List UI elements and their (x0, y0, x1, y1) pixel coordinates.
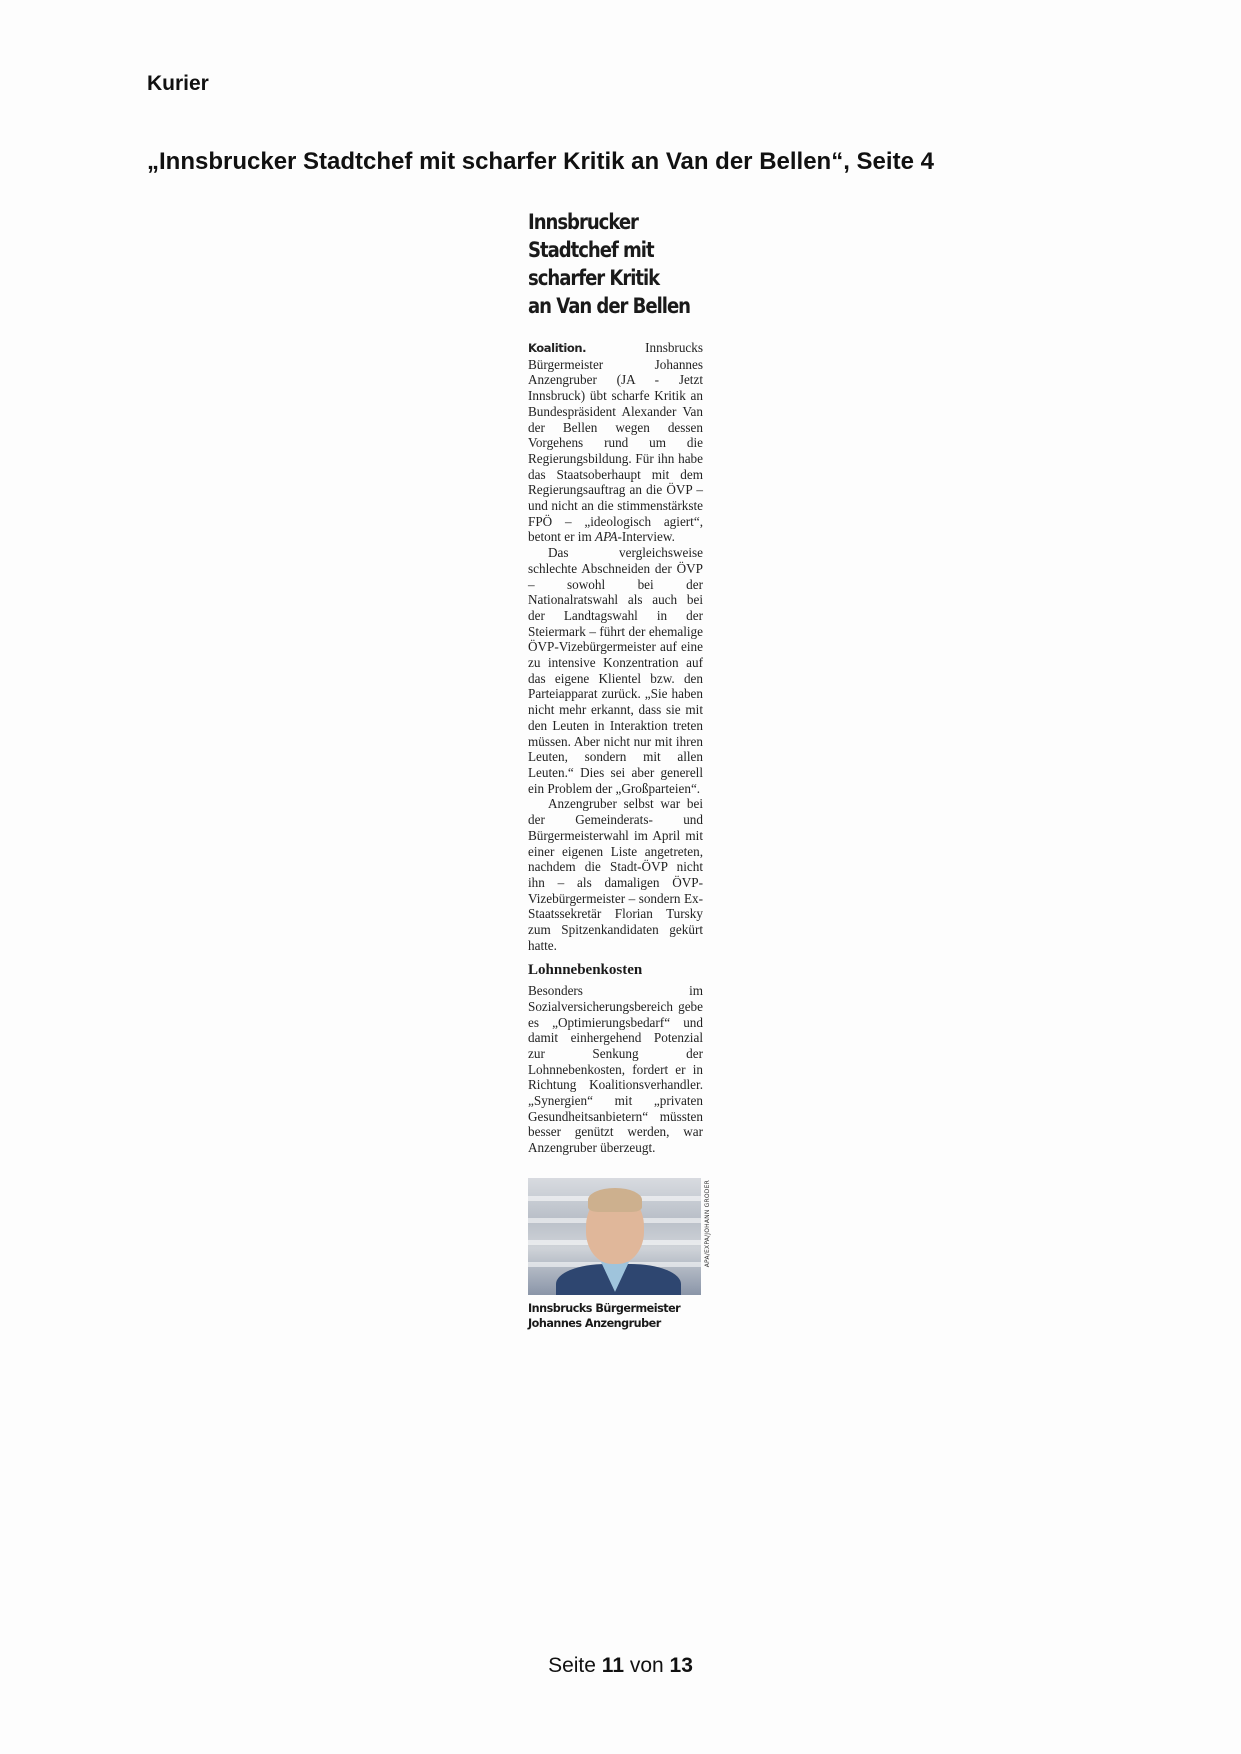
headline-line: Innsbrucker (528, 208, 700, 236)
lead-label: Koalition. (528, 341, 586, 355)
portrait-photo (528, 1178, 701, 1295)
publication-name: Kurier (147, 72, 209, 96)
headline-line: scharfer Kritik (528, 264, 700, 292)
photo-caption: Innsbrucks Bürgermeister Johannes Anzeng… (528, 1301, 703, 1331)
hair-shape (588, 1188, 642, 1212)
headline-line: an Van der Bellen (528, 292, 700, 320)
document-title: „Innsbrucker Stadtchef mit scharfer Krit… (147, 148, 934, 176)
article-headline: Innsbrucker Stadtchef mit scharfer Kriti… (528, 208, 700, 320)
page-footer: Seite 11 von 13 (0, 1654, 1241, 1678)
total-pages: 13 (670, 1654, 693, 1677)
apa-italic: APA (595, 529, 617, 544)
current-page: 11 (602, 1654, 624, 1677)
article-body: Koalition. Innsbrucks Bürgermeister Joha… (528, 340, 703, 1156)
caption-line: Johannes Anzengruber (528, 1316, 703, 1331)
photo-credit: APA/EXPA/JOHANN GRODER (704, 1180, 711, 1267)
article-paragraph: Anzengruber selbst war bei der Gemeinder… (528, 796, 703, 953)
page-separator: von (630, 1654, 664, 1677)
article-paragraph: Besonders im Sozialversicherungsbereich … (528, 983, 703, 1156)
article-subheading: Lohnnebenkosten (528, 963, 703, 979)
article-paragraph: Das vergleichsweise schlechte Abschneide… (528, 545, 703, 796)
headline-line: Stadtchef mit (528, 236, 700, 264)
photo-container: APA/EXPA/JOHANN GRODER (528, 1170, 703, 1295)
page-prefix: Seite (548, 1654, 596, 1677)
interview-suffix: -Interview. (618, 529, 675, 544)
article-paragraph: Koalition. Innsbrucks Bürgermeister Joha… (528, 340, 703, 545)
newspaper-clipping: Innsbrucker Stadtchef mit scharfer Kriti… (528, 208, 703, 1331)
paragraph-text: Innsbrucks Bürgermeister Johannes Anzeng… (528, 340, 703, 544)
caption-line: Innsbrucks Bürgermeister (528, 1301, 703, 1316)
